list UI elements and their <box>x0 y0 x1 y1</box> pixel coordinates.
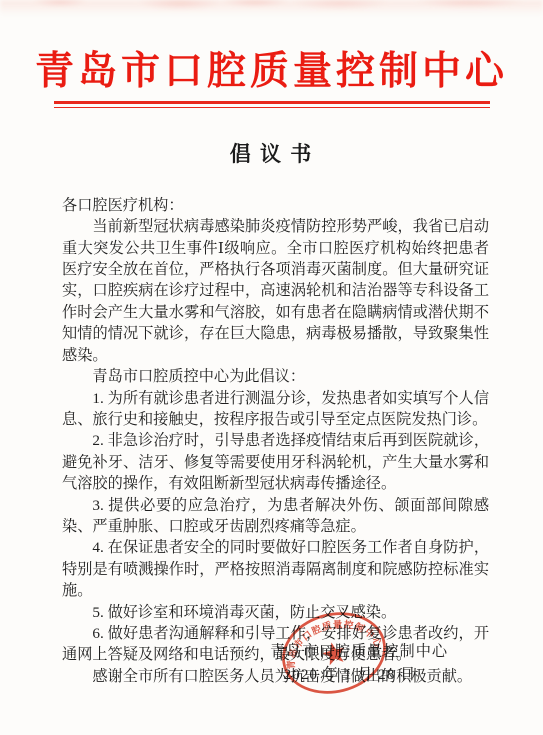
paragraph-proposal: 青岛市口腔质控中心为此倡议： <box>62 366 489 387</box>
organization-title: 青岛市口腔质量控制中心 <box>0 50 543 95</box>
proposal-item-3: 3. 提供必要的应急治疗，为患者解决外伤、颌面部间隙感染、严重肿胀、口腔或牙齿剧… <box>62 495 489 538</box>
proposal-item-4: 4. 在保证患者安全的同时要做好口腔医务工作者自身防护，特别是有喷溅操作时，严格… <box>62 537 489 601</box>
signature-name: 青岛市口腔质量控制中心 <box>270 640 430 661</box>
document-page: 青岛市口腔质量控制中心 倡 议 书 各口腔医疗机构： 当前新型冠状病毒感染肺炎疫… <box>0 0 543 735</box>
signature-date: 2020 年 1 月 28 日 <box>270 663 430 684</box>
proposal-item-2: 2. 非急诊治疗时，引导患者选择疫情结束后再到医院就诊，避免补牙、洁牙、修复等需… <box>62 430 489 494</box>
document-title: 倡 议 书 <box>0 138 543 168</box>
paragraph-intro: 当前新型冠状病毒感染肺炎疫情防控形势严峻，我省已启动重大突发公共卫生事件Ⅰ级响应… <box>62 216 489 366</box>
document-body: 各口腔医疗机构： 当前新型冠状病毒感染肺炎疫情防控形势严峻，我省已启动重大突发公… <box>0 195 543 687</box>
title-double-rule <box>54 101 490 108</box>
salutation: 各口腔医疗机构： <box>62 195 489 216</box>
scan-artifact <box>0 0 543 16</box>
proposal-item-1: 1. 为所有就诊患者进行测温分诊，发热患者如实填写个人信息、旅行史和接触史，按程… <box>62 388 489 431</box>
proposal-item-5: 5. 做好诊室和环境消毒灭菌，防止交叉感染。 <box>62 602 489 623</box>
